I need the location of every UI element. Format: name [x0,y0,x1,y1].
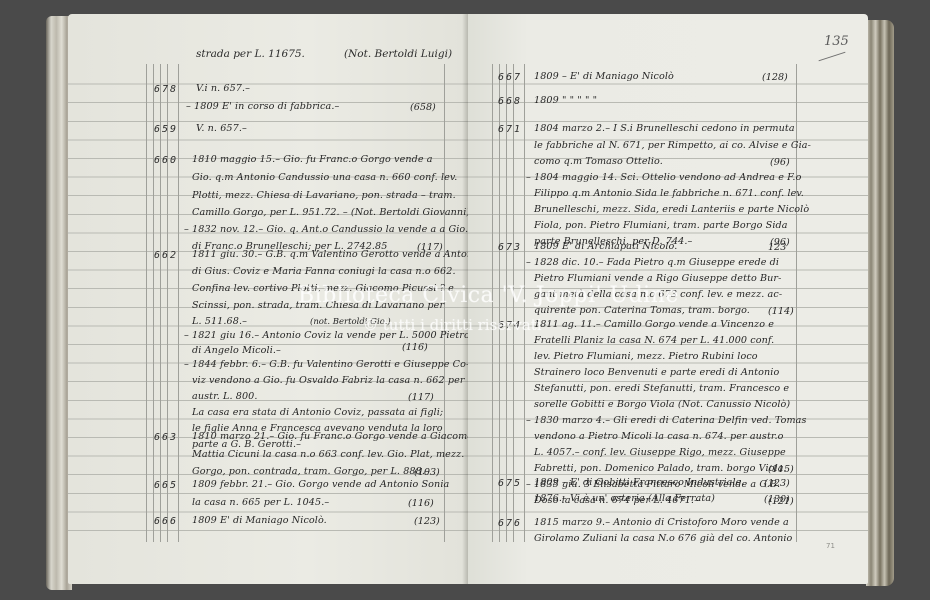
margin-rule [524,64,525,542]
house-number: 674 [498,320,522,331]
house-number: 668 [498,96,522,107]
entry-line: Camillo Gorgo, per L. 951.72. – (Not. Be… [192,204,468,222]
carryover-line: strada per L. 11675. [196,48,305,60]
margin-rule [492,64,493,542]
margin-rule [146,64,147,542]
house-number: 662 [154,250,178,261]
margin-rule [178,64,179,542]
house-number: 676 [498,518,522,529]
page-ref: (130) [764,494,790,505]
entry-line: Confina lev. cortivo Plotti, mezz. Giaco… [192,280,454,298]
entry-line: di Gius. Coviz e Maria Fanna coniugi la … [192,263,456,281]
margin-rule [153,64,154,542]
right-page-stack-edge [866,20,894,586]
entry-line: V. n. 657.– [196,120,247,138]
house-number: 678 [154,84,178,95]
margin-rule [506,64,507,542]
entry-line: Mattia Cicuni la casa n.o 663 conf. lev.… [192,446,464,464]
page-ref: (658) [410,102,436,113]
entry-line: – 1832 nov. 12.– Gio. q. Ant.o Candussio… [184,221,468,239]
page-number-underline [819,52,846,62]
carryover-notary: (Not. Bertoldi Luigi) [344,48,452,60]
entry-line: – 1809 E' in corso di fabbrica.– [186,98,339,116]
margin-rule [444,64,445,542]
notary-ref: (not. Bertoldi Gio.) [310,317,391,327]
entry-line: 1809 febbr. 21.– Gio. Gorgo vende ad Ant… [192,476,449,494]
house-number: 665 [154,480,178,491]
entry-line: 1810 maggio 15.– Gio. fu Franc.o Gorgo v… [192,151,433,169]
house-number: 671 [498,124,522,135]
left-page: strada per L. 11675. (Not. Bertoldi Luig… [68,14,468,584]
house-number: 663 [154,432,178,443]
house-number: 667 [498,72,522,83]
margin-rule [167,64,168,542]
entry-line: 1809 E' di Maniago Nicolò. [192,512,327,530]
page-ref: (116) [402,342,428,353]
page-ref: (96) [770,157,790,168]
entry-line: 1804 marzo 2.– I S.i Brunelleschi cedono… [534,120,795,138]
right-page: 135 667 1809 – E' di Maniago Nicolò (128… [468,14,868,584]
house-number: 659 [154,124,178,135]
entry-line: 1810 marzo 21.– Gio. fu Franc.o Gorgo ve… [192,428,468,446]
page-number: 135 [824,34,849,49]
margin-rule [513,64,514,542]
page-ref: 123 [768,242,786,253]
entry-line: 1811 giu. 30.– G.B. q.m Valentino Gerott… [192,246,468,264]
entry-line: 1809 – E' di Maniago Nicolò [534,68,674,86]
entry-line: 1809 " " " " " [534,92,597,110]
corner-mark: 71 [826,542,835,550]
entry-line: Girolamo Zuliani la casa N.o 676 già del… [534,530,792,548]
margin-rule [499,64,500,542]
entry-line: 1876.– Vi è un' osteria (Alla Ferrata) [534,490,715,508]
house-number: 675 [498,478,522,489]
house-number: 666 [154,516,178,527]
house-number: 673 [498,242,522,253]
page-ref: (116) [408,498,434,509]
page-ref: (123) [764,478,790,489]
margin-rule [796,64,797,542]
entry-line: Gio. q.m Antonio Candussio una casa n. 6… [192,169,457,187]
entry-line: V.i n. 657.– [196,80,250,98]
page-ref: (115) [768,464,794,475]
page-ref: (128) [762,72,788,83]
entry-line: Plotti, mezz. Chiesa di Lavariano, pon. … [192,187,456,205]
page-ref: (117) [408,392,434,403]
open-ledger-book: strada per L. 11675. (Not. Bertoldi Luig… [46,12,894,596]
entry-line: la casa n. 665 per L. 1045.– [192,494,329,512]
house-number: 660 [154,155,178,166]
margin-rule [160,64,161,542]
page-ref: (123) [414,516,440,527]
